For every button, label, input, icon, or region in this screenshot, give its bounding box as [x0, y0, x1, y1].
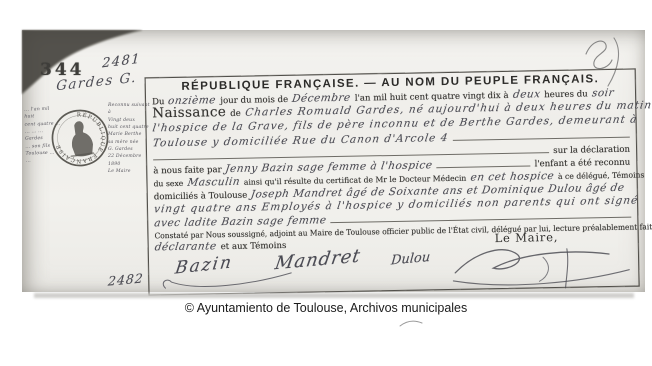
handwritten-entry: déclarante	[154, 240, 218, 253]
scan-bottom-edge	[34, 293, 634, 298]
birth-certificate-scan: 344 2481 Gardes G. ... l'an mil huit cen…	[22, 30, 645, 292]
marianne-figure-icon	[69, 120, 95, 158]
printed-text: à ce délégué, Témoins	[558, 170, 645, 181]
signature-mayor	[447, 240, 638, 291]
photo-caption: © Ayuntamiento de Toulouse, Archivos mun…	[0, 301, 652, 315]
printed-text: domiciliés à Toulouse	[154, 191, 248, 203]
blank-rule	[452, 128, 630, 141]
blank-rule	[437, 156, 531, 168]
screenshot-root: 344 2481 Gardes G. ... l'an mil huit cen…	[0, 0, 652, 366]
handwritten-entry: Masculin	[186, 176, 240, 189]
printed-text: l'enfant a été reconnu	[534, 158, 630, 170]
birth-record-form: RÉPUBLIQUE FRANÇAISE. — AU NOM DU PEUPLE…	[145, 69, 640, 296]
handwritten-entry: en cet hospice	[469, 170, 554, 184]
printed-text: de	[230, 109, 241, 119]
printed-text: Naissance	[152, 104, 226, 121]
signature-dulou: Dulou	[390, 250, 430, 269]
printed-text: du sexe	[154, 179, 184, 189]
registry-number-bottom: 2482	[107, 270, 144, 288]
official-round-stamp: RÉPUBLIQUE FRANÇAISE	[46, 104, 114, 172]
caption-flourish-mark	[398, 318, 424, 328]
printed-text: et aux Témoins	[221, 241, 287, 252]
printed-text: à nous faite par	[153, 165, 221, 176]
